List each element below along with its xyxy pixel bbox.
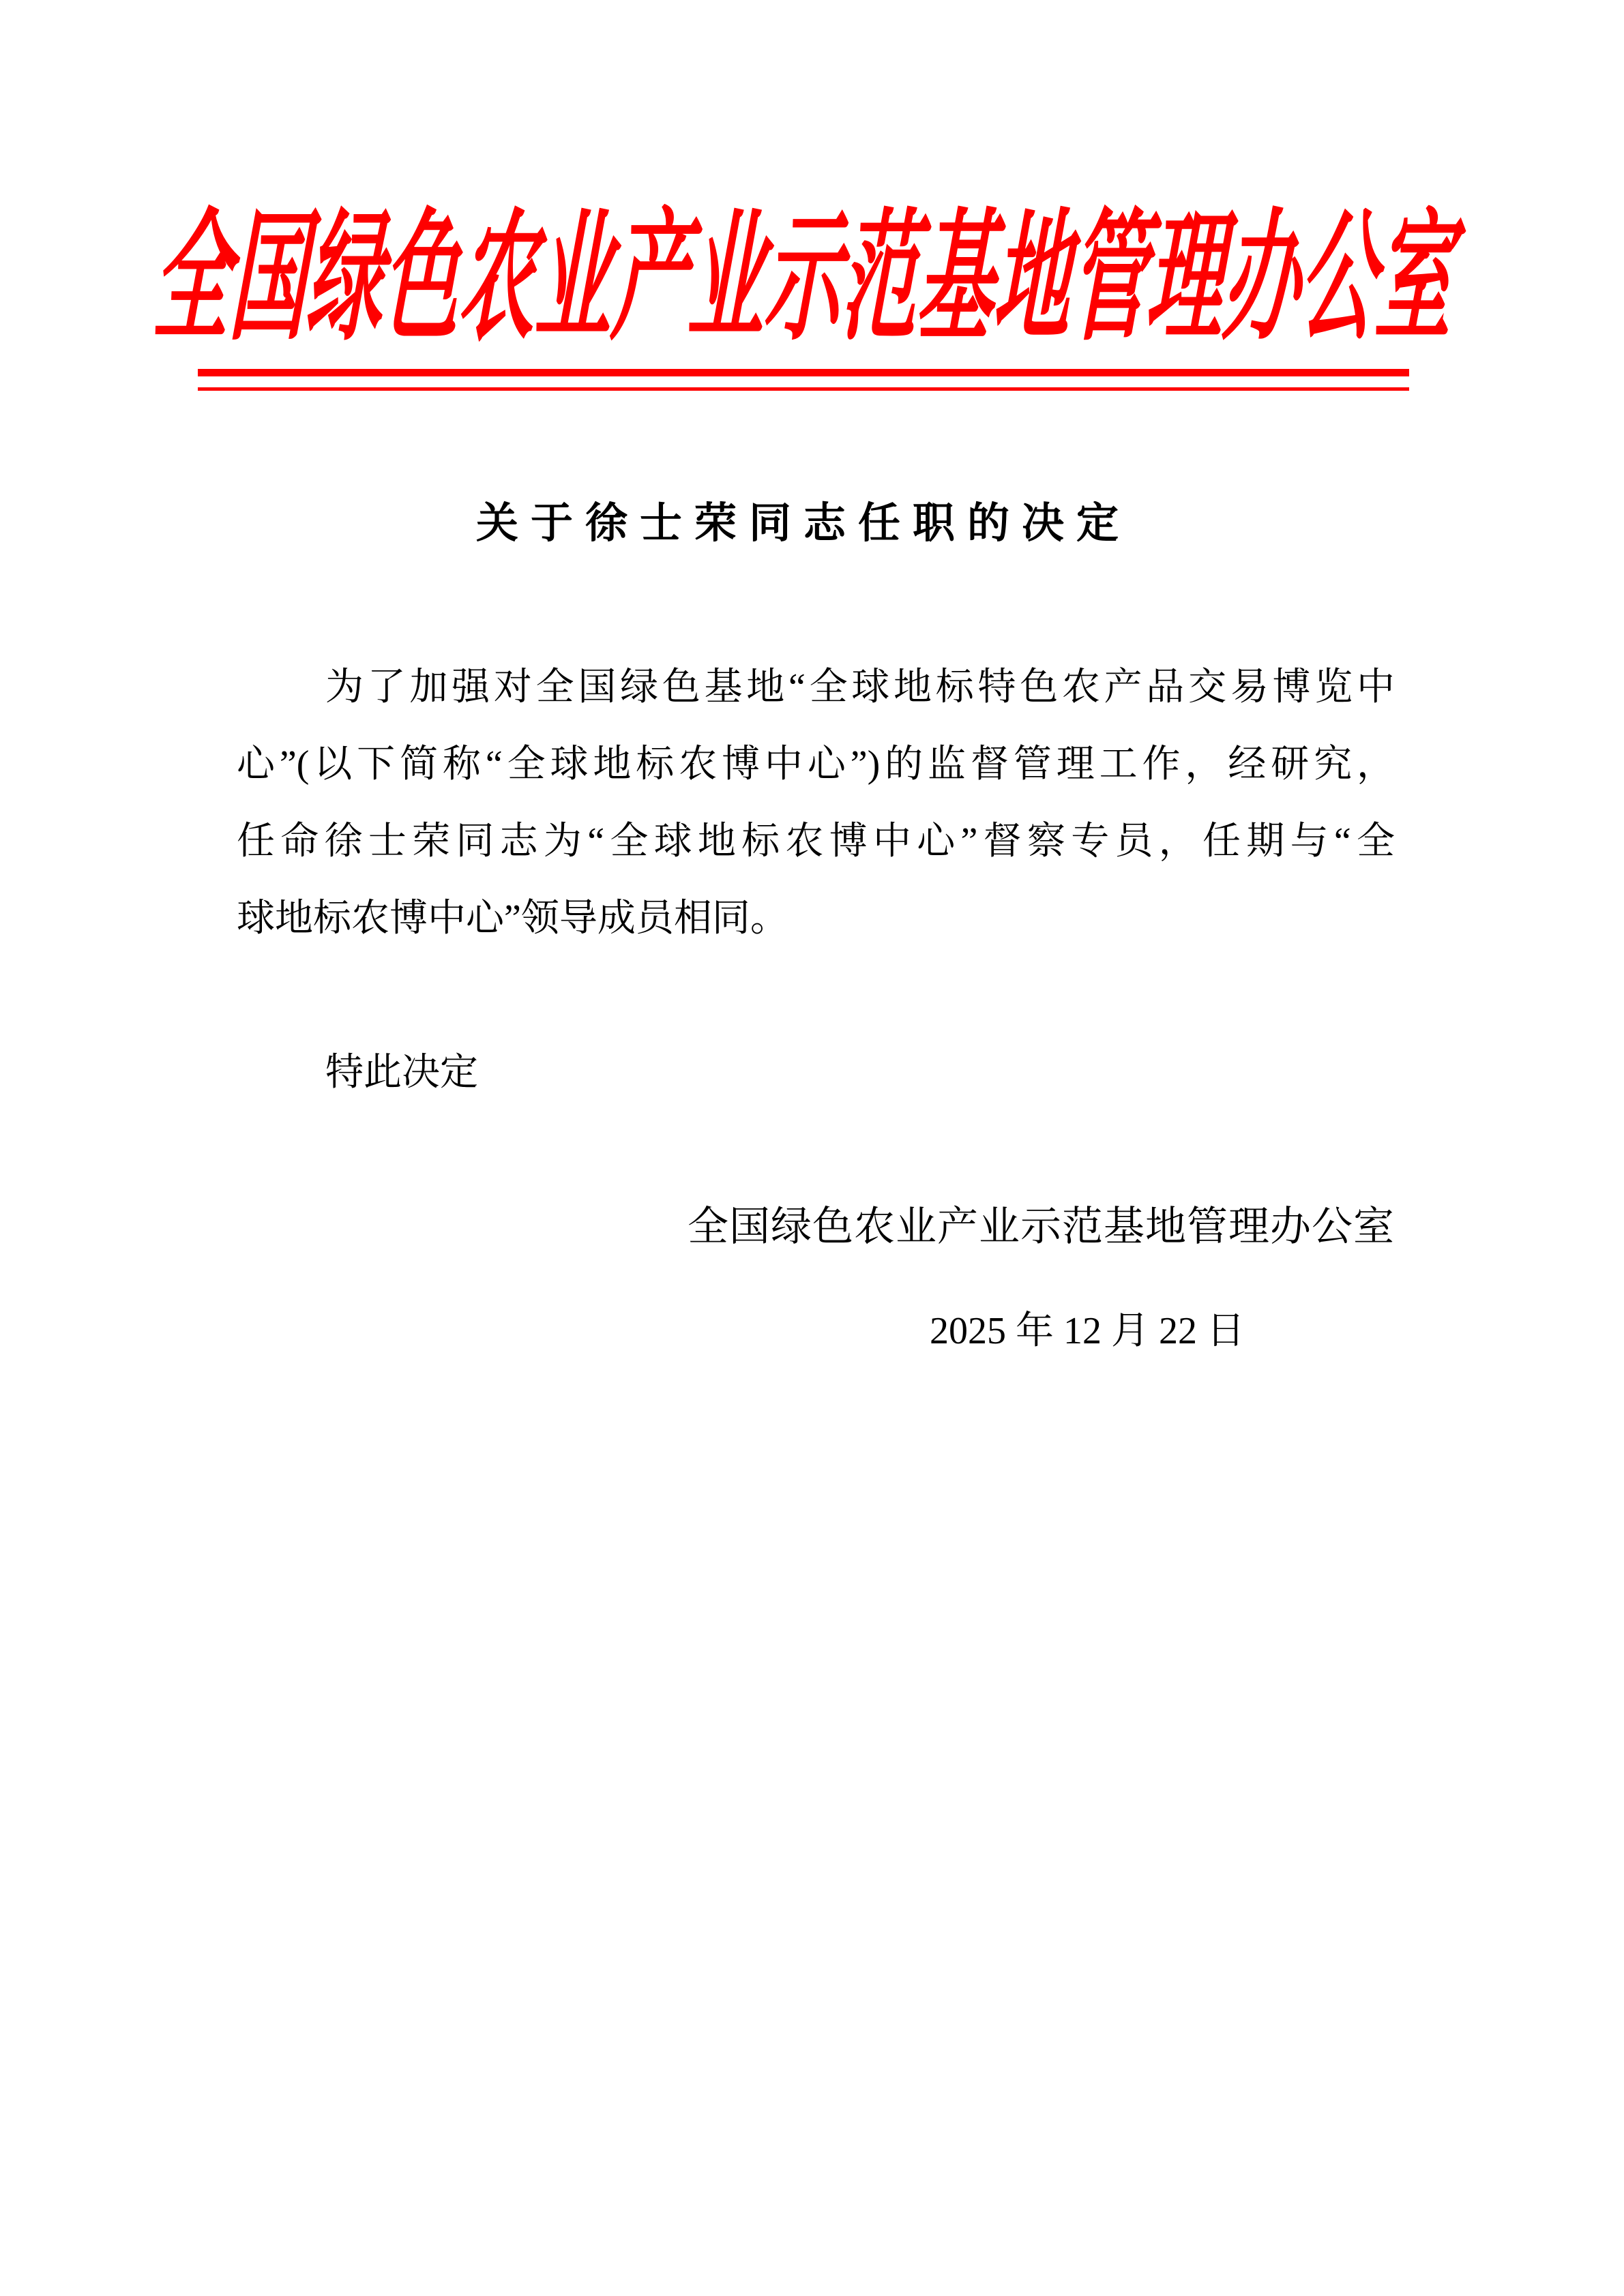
closing-statement: 特此决定 [237, 1034, 1395, 1112]
letterhead-rule-thin [198, 387, 1409, 391]
document-title: 关于徐士荣同志任职的决定 [198, 500, 1409, 548]
signature-org-name: 全国绿色农业产业示范基地管理办公室 [237, 1189, 1395, 1266]
body-line-2: 心”(以下简称“全球地标农博中心”)的监督管理工作，经研究， [237, 726, 1395, 803]
letterhead: 全国绿色农业产业示范基地管理办公室 [198, 203, 1409, 356]
letterhead-org-name: 全国绿色农业产业示范基地管理办公室 [151, 209, 1456, 350]
body-line-4: 球地标农博中心”领导成员相同。 [237, 880, 1395, 957]
body-line-1: 为了加强对全国绿色基地“全球地标特色农产品交易博览中 [237, 649, 1395, 726]
document-page: 全国绿色农业产业示范基地管理办公室 关于徐士荣同志任职的决定 为了加强对全国绿色… [0, 0, 1624, 2296]
document-body: 为了加强对全国绿色基地“全球地标特色农产品交易博览中 心”(以下简称“全球地标农… [237, 649, 1395, 1370]
letterhead-rule-thick [198, 369, 1409, 376]
signature-date: 2025 年 12 月 22 日 [237, 1293, 1395, 1370]
body-line-3: 任命徐士荣同志为“全球地标农博中心”督察专员，任期与“全 [237, 803, 1395, 880]
